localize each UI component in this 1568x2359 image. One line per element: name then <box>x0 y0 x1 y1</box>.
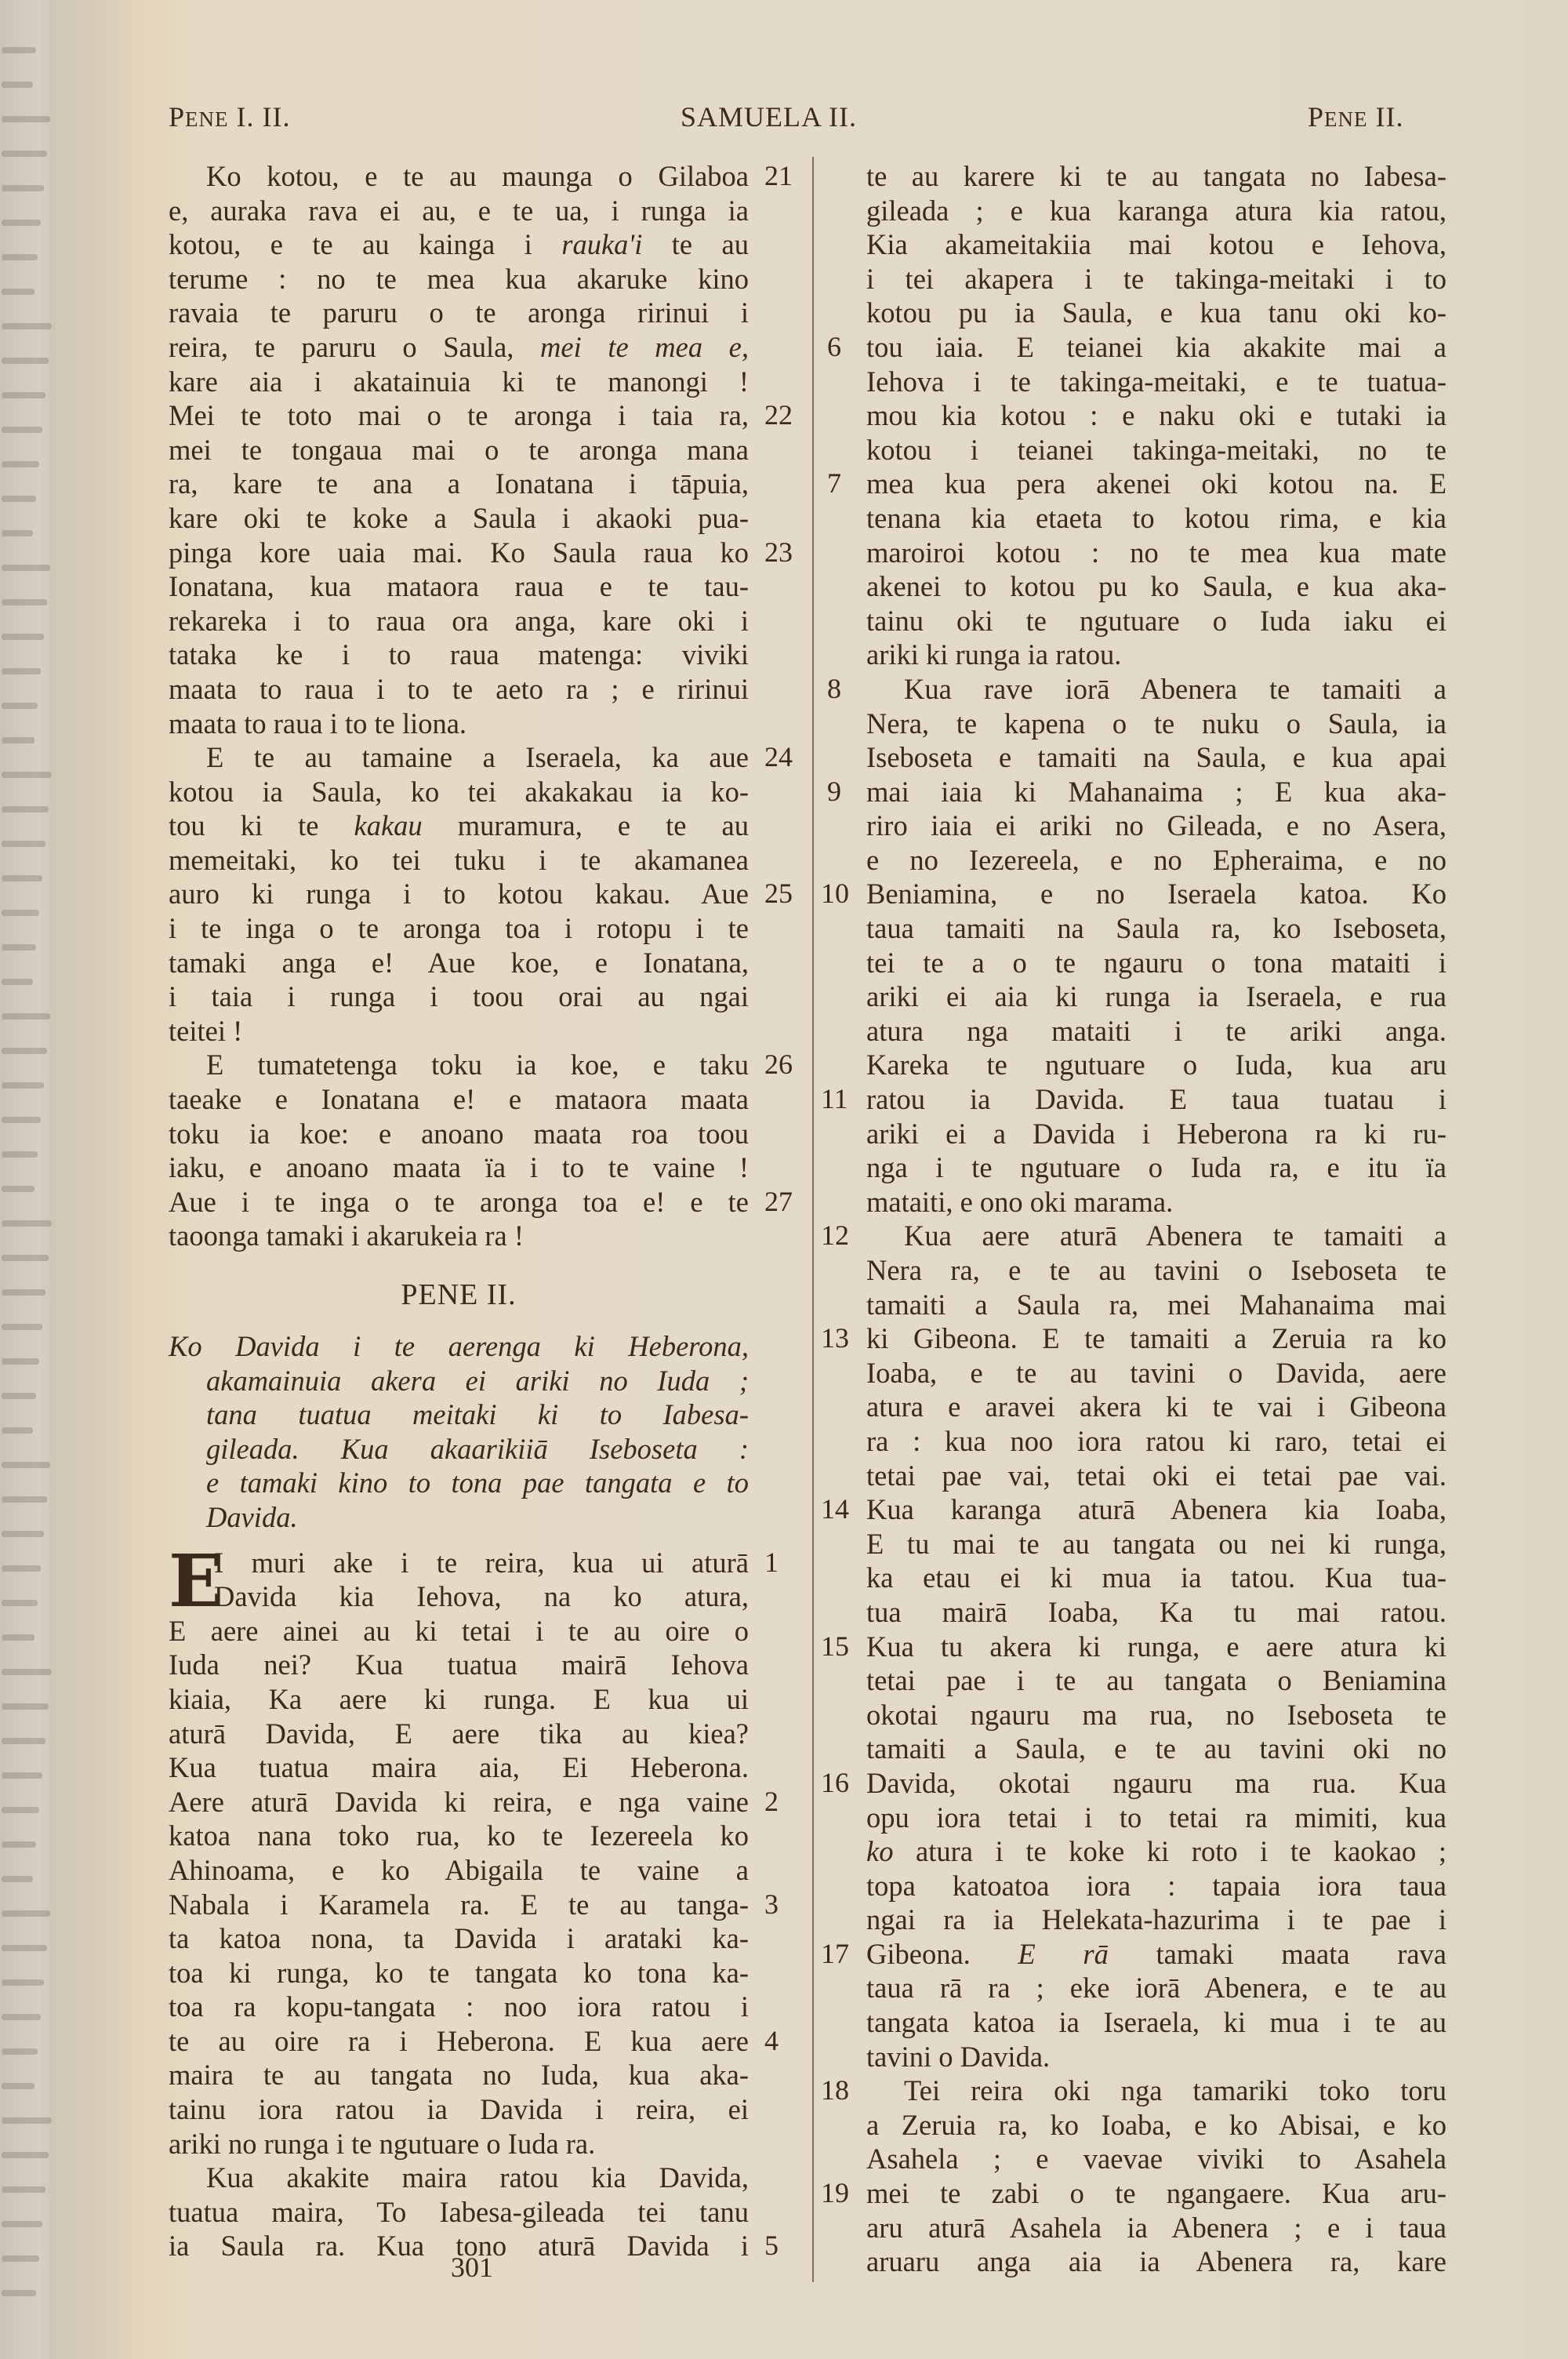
ghost-text-line <box>2 151 47 157</box>
text-line: mou kia kotou : e naku oki e tutaki ia <box>866 398 1446 433</box>
text-line: maira te au tangata no Iuda, kua aka- <box>169 2058 749 2092</box>
text-line: a Zeruia ra, ko Ioaba, e ko Abisai, e ko <box>866 2108 1446 2143</box>
line-text: ratou ia Davida. E taua tuatau i <box>866 1083 1446 1115</box>
text-line: toa ra kopu-tangata : noo iora ratou i <box>169 1990 749 2024</box>
ghost-text-line <box>2 944 36 951</box>
text-line: Ko kotou, e te au maunga o Gilaboa21 <box>169 159 749 194</box>
page-number: 301 <box>451 2251 493 2284</box>
line-text: i tei akapera i te takinga-meitaki i to <box>866 263 1446 295</box>
line-text: kiaia, Ka aere ki runga. E kua ui <box>169 1683 749 1715</box>
line-text: tenana kia etaeta to kotou rima, e kia <box>866 502 1446 534</box>
verse-number: 25 <box>764 877 793 911</box>
text-line: iaku, e anoano maata ïa i to te vaine ! <box>169 1150 749 1185</box>
text-line: pinga kore uaia mai. Ko Saula raua ko23 <box>169 536 749 570</box>
ghost-text-line <box>2 82 33 88</box>
line-text: taua rā ra ; eke iorā Abenera, e te au <box>866 1972 1446 2004</box>
line-text: mai iaia ki Mahanaima ; E kua aka- <box>866 776 1446 808</box>
ghost-text-line <box>2 1531 44 1537</box>
text-line: atura e aravei akera ki te vai i Gibeona <box>866 1390 1446 1424</box>
line-text: tetai pae vai, tetai oki ei tetai pae va… <box>866 1459 1446 1492</box>
text-line: taua tamaiti na Saula ra, ko Iseboseta, <box>866 911 1446 946</box>
chapter-summary: Ko Davida i te aerenga ki Heberona,akama… <box>169 1329 749 1535</box>
ghost-text-line <box>2 530 33 536</box>
ghost-text-line <box>2 1945 47 1951</box>
text-line: kotou i teianei takinga-meitaki, no te <box>866 433 1446 467</box>
line-text: Asahela ; e vaevae viviki to Asahela <box>866 2143 1446 2175</box>
text-line: E aere ainei au ki tetai i te au oire o <box>169 1614 749 1648</box>
verse-number: 9 <box>827 775 841 809</box>
text-line: topa katoatoa iora : tapaia iora taua <box>866 1869 1446 1903</box>
text-line: ko atura i te koke ki roto i te kaokao ; <box>866 1834 1446 1869</box>
text-line: Kua tu akera ki runga, e aere atura ki15 <box>866 1630 1446 1664</box>
ghost-text-line <box>2 2014 41 2020</box>
ghost-text-line <box>2 1876 33 1882</box>
text-line: maroiroi kotou : no te mea kua mate <box>866 536 1446 570</box>
verse-number: 22 <box>764 398 793 433</box>
line-text: maata to raua i to te liona. <box>169 707 466 740</box>
line-text: ravaia te paruru o te aronga ririnui i <box>169 296 749 329</box>
line-text: topa katoatoa iora : tapaia iora taua <box>866 1870 1446 1902</box>
text-line: Aue i te inga o te aronga toa e! e te27 <box>169 1185 749 1219</box>
line-text: Kua aere aturā Abenera te tamaiti a <box>904 1219 1446 1252</box>
text-line: Kia akameitakiia mai kotou e Iehova, <box>866 227 1446 262</box>
text-line: ariki ei a Davida i Heberona ra ki ru- <box>866 1117 1446 1151</box>
line-text: maira te au tangata no Iuda, kua aka- <box>169 2059 749 2091</box>
text-line: taoonga tamaki i akarukeia ra ! <box>169 1219 749 1253</box>
text-line: i tei akapera i te takinga-meitaki i to <box>866 262 1446 296</box>
text-line: tenana kia etaeta to kotou rima, e kia <box>866 501 1446 536</box>
line-text: ariki ei a Davida i Heberona ra ki ru- <box>866 1118 1446 1150</box>
text-line: mai iaia ki Mahanaima ; E kua aka-9 <box>866 775 1446 809</box>
left-column: Ko kotou, e te au maunga o Gilaboa21e, a… <box>169 159 749 2263</box>
summary-line: tana tuatua meitaki ki to Iabesa- <box>169 1398 749 1432</box>
line-text: mei te zabi o te ngangaere. Kua aru- <box>866 2177 1446 2209</box>
line-text: Beniamina, e no Iseraela katoa. Ko <box>866 878 1446 910</box>
text-line: tetai pae i te au tangata o Beniamina <box>866 1663 1446 1698</box>
text-line: ariki ei aia ki runga ia Iseraela, e rua <box>866 980 1446 1014</box>
text-line: Tei reira oki nga tamariki toko toru18 <box>866 2074 1446 2108</box>
text-line: nga i te ngutuare o Iuda ra, e itu ïa <box>866 1150 1446 1185</box>
verse-number: 2 <box>764 1785 779 1819</box>
text-line: tua mairā Ioaba, Ka tu mai ratou. <box>866 1595 1446 1630</box>
ghost-text-line <box>2 806 49 812</box>
ghost-text-line <box>2 1255 49 1261</box>
facing-page-edge <box>0 0 55 2359</box>
verse-number: 19 <box>821 2176 849 2211</box>
line-text: nga i te ngutuare o Iuda ra, e itu ïa <box>866 1151 1446 1183</box>
line-text: Nera ra, e te au tavini o Iseboseta te <box>866 1254 1446 1286</box>
line-text: Kua tu akera ki runga, e aere atura ki <box>866 1630 1446 1663</box>
line-text: a Zeruia ra, ko Ioaba, e ko Abisai, e ko <box>866 2109 1446 2141</box>
line-text: kotou ia Saula, ko tei akakakau ia ko- <box>169 776 749 808</box>
text-line: ta katoa nona, ta Davida i arataki ka- <box>169 1921 749 1956</box>
verse-number: 3 <box>764 1888 779 1922</box>
ghost-text-line <box>2 1082 44 1089</box>
line-text: tua mairā Ioaba, Ka tu mai ratou. <box>866 1596 1446 1628</box>
line-text: E aere ainei au ki tetai i te au oire o <box>169 1615 749 1647</box>
verse-number: 5 <box>764 2229 779 2263</box>
line-text: mei te tongaua mai o te aronga mana <box>169 434 749 466</box>
text-line: taua rā ra ; eke iorā Abenera, e te au <box>866 1971 1446 2005</box>
text-line: Iehova i te takinga-meitaki, e te tuatua… <box>866 365 1446 399</box>
ghost-text-line <box>2 1013 50 1020</box>
verse-number: 24 <box>764 740 793 775</box>
line-text: ko atura i te koke ki roto i te kaokao ; <box>866 1835 1446 1867</box>
line-text: ariki ki runga ia ratou. <box>866 638 1121 671</box>
ghost-text-line <box>2 323 52 329</box>
text-line: Ionatana, kua mataora raua e te tau- <box>169 569 749 604</box>
line-text: Nera, te kapena o te nuku o Saula, ia <box>866 707 1446 740</box>
text-line: kotou, e te au kainga i rauka'i te au <box>169 227 749 262</box>
verse-number: 15 <box>821 1630 849 1664</box>
line-text: taeake e Ionatana e! e mataora maata <box>169 1083 749 1115</box>
line-text: Aue i te inga o te aronga toa e! e te <box>169 1186 749 1218</box>
ghost-text-line <box>2 668 41 674</box>
line-text: atura e aravei akera ki te vai i Gibeona <box>866 1390 1446 1423</box>
text-line: rekareka i to raua ora anga, kare oki i <box>169 604 749 638</box>
ghost-text-line <box>2 875 42 881</box>
ghost-text-line <box>2 599 47 605</box>
summary-line: Ko Davida i te aerenga ki Heberona, <box>169 1329 749 1364</box>
line-text: I muri ake i te reira, kua ui aturā <box>214 1547 749 1579</box>
line-text: tainu oki te ngutuare o Iuda iaku ei <box>866 605 1446 637</box>
ghost-text-line <box>2 2152 49 2158</box>
ghost-text-line <box>2 1807 39 1813</box>
line-text: taua tamaiti na Saula ra, ko Iseboseta, <box>866 912 1446 944</box>
line-text: tei te a o te ngauru o tona mataiti i <box>866 947 1446 979</box>
text-line: ka etau ei ki mua ia tatou. Kua tua- <box>866 1561 1446 1595</box>
verse-number: 7 <box>827 467 841 501</box>
ghost-text-line <box>2 2117 52 2124</box>
text-line: ariki ki runga ia ratou. <box>866 638 1446 672</box>
line-text: tataka ke i to raua matenga: viviki <box>169 638 749 671</box>
line-text: opu iora tetai i to tetai ra mimiti, kua <box>866 1801 1446 1834</box>
line-text: teitei ! <box>169 1015 242 1047</box>
ghost-text-line <box>2 358 49 364</box>
ghost-text-line <box>2 1462 50 1468</box>
text-line: tamaki anga e! Aue koe, e Ionatana, <box>169 946 749 980</box>
line-text: iaku, e anoano maata ïa i to te vaine ! <box>169 1151 749 1183</box>
line-text: Davida kia Iehova, na ko atura, <box>214 1580 749 1612</box>
line-text: ki Gibeona. E te tamaiti a Zeruia ra ko <box>866 1322 1446 1354</box>
verse-number: 18 <box>821 2074 849 2108</box>
line-text: i taia i runga i toou orai au ngai <box>169 980 749 1012</box>
text-line: ratou ia Davida. E taua tuatau i11 <box>866 1082 1446 1117</box>
text-line: ariki no runga i te ngutuare o Iuda ra. <box>169 2127 749 2161</box>
ghost-text-line <box>2 1703 49 1710</box>
ghost-text-line <box>2 1048 47 1054</box>
ghost-text-line <box>2 116 50 122</box>
text-line: tou iaia. E teianei kia akakite mai a6 <box>866 330 1446 365</box>
text-line: kare aia i akatainuia ki te manongi ! <box>169 365 749 399</box>
ghost-text-line <box>2 47 36 53</box>
text-line: Kareka te ngutuare o Iuda, kua aru <box>866 1048 1446 1082</box>
summary-line: e tamaki kino to tona pae tangata e to <box>169 1466 749 1500</box>
running-head-left: PENE I. II. <box>169 100 290 133</box>
ghost-text-line <box>2 1427 33 1434</box>
right-column: te au karere ki te au tangata no Iabesa-… <box>866 159 1446 2279</box>
text-line: atura nga mataiti i te ariki anga. <box>866 1014 1446 1049</box>
line-text: Ko kotou, e te au maunga o Gilaboa <box>206 160 749 192</box>
text-line: mea kua pera akenei oki kotou na. E7 <box>866 467 1446 501</box>
verse-number: 17 <box>821 1937 849 1972</box>
text-line: Nera, te kapena o te nuku o Saula, ia <box>866 707 1446 741</box>
column-divider <box>812 157 814 2282</box>
line-text: pinga kore uaia mai. Ko Saula raua ko <box>169 536 749 569</box>
text-line: opu iora tetai i to tetai ra mimiti, kua <box>866 1801 1446 1835</box>
line-text: kare oki te koke a Saula i akaoki pua- <box>169 502 749 534</box>
line-text: Ioaba, e te au tavini o Davida, aere <box>866 1357 1446 1389</box>
verse-number: 10 <box>821 877 849 911</box>
line-text: maata to raua i to te aeto ra ; e ririnu… <box>169 673 749 705</box>
line-text: mataiti, e ono oki marama. <box>866 1186 1173 1218</box>
ghost-text-line <box>2 737 34 743</box>
text-line: tuatua maira, To Iabesa-gileada tei tanu <box>169 2195 749 2230</box>
text-line: E tu mai te au tangata ou nei ki runga, <box>866 1527 1446 1561</box>
line-text: tou ki te kakau muramura, e te au <box>169 809 749 841</box>
text-line: Iseboseta e tamaiti na Saula, e kua apai <box>866 740 1446 775</box>
line-text: Tei reira oki nga tamariki toko toru <box>904 2074 1446 2106</box>
ghost-text-line <box>2 910 39 916</box>
line-text: tetai pae i te au tangata o Beniamina <box>866 1664 1446 1696</box>
text-line: aruaru anga aia ia Abenera ra, kare <box>866 2245 1446 2279</box>
text-line: Gibeona. E rā tamaki maata rava17 <box>866 1937 1446 1972</box>
ghost-text-line <box>2 1669 52 1675</box>
text-line: Iuda nei? Kua tuatua mairā Iehova <box>169 1648 749 1682</box>
text-line: aru aturā Asahela ia Abenera ; e i taua <box>866 2211 1446 2245</box>
text-line: E tumatetenga toku ia koe, e taku26 <box>169 1048 749 1082</box>
line-text: ra, kare te ana a Ionatana i tāpuia, <box>169 467 749 500</box>
text-line: Ahinoama, e ko Abigaila te vaine a <box>169 1853 749 1888</box>
chapter-1-ending: Ko kotou, e te au maunga o Gilaboa21e, a… <box>169 159 749 1253</box>
line-text: riro iaia ei ariki no Gileada, e no Aser… <box>866 809 1446 841</box>
line-text: E tu mai te au tangata ou nei ki runga, <box>866 1528 1446 1560</box>
line-text: toa ki runga, ko te tangata ko tona ka- <box>169 1957 749 1989</box>
text-line: i te inga o te aronga toa i rotopu i te <box>169 911 749 946</box>
running-head-book-title: SAMUELA II. <box>681 100 857 133</box>
text-line: ra : kua noo iora ratou ki raro, tetai e… <box>866 1424 1446 1459</box>
text-line: ngai ra ia Helekata-hazurima i te pae i <box>866 1903 1446 1937</box>
line-text: Iseboseta e tamaiti na Saula, e kua apai <box>866 741 1446 773</box>
line-text: ta katoa nona, ta Davida i arataki ka- <box>169 1922 749 1954</box>
text-line: kiaia, Ka aere ki runga. E kua ui <box>169 1682 749 1717</box>
line-text: tou iaia. E teianei kia akakite mai a <box>866 331 1446 363</box>
line-text: Ahinoama, e ko Abigaila te vaine a <box>169 1854 749 1886</box>
line-text: kare aia i akatainuia ki te manongi ! <box>169 365 749 398</box>
text-line: maata to raua i to te aeto ra ; e ririnu… <box>169 672 749 707</box>
line-text: katoa nana toko rua, ko te Iezereela ko <box>169 1819 749 1852</box>
text-line: tainu iora ratou ia Davida i reira, ei <box>169 2092 749 2127</box>
ghost-text-line <box>2 2083 34 2089</box>
text-line: auro ki runga i to kotou kakau. Aue25 <box>169 877 749 911</box>
ghost-text-line <box>2 1393 36 1399</box>
verse-number: 11 <box>821 1082 848 1117</box>
text-line: Asahela ; e vaevae viviki to Asahela <box>866 2142 1446 2176</box>
ghost-text-line <box>2 2290 36 2296</box>
text-line: mei te zabi o te ngangaere. Kua aru-19 <box>866 2176 1446 2211</box>
text-line: Kua akakite maira ratou kia Davida, <box>169 2161 749 2195</box>
line-text: maroiroi kotou : no te mea kua mate <box>866 536 1446 569</box>
text-line: ki Gibeona. E te tamaiti a Zeruia ra ko1… <box>866 1321 1446 1356</box>
line-text: tuatua maira, To Iabesa-gileada tei tanu <box>169 2196 749 2228</box>
line-text: Kua tuatua maira aia, Ei Heberona. <box>169 1751 749 1783</box>
line-text: gileada ; e kua karanga atura kia ratou, <box>866 194 1446 227</box>
text-line: gileada ; e kua karanga atura kia ratou, <box>866 194 1446 228</box>
text-line: maata to raua i to te liona. <box>169 707 749 741</box>
line-text: e, auraka rava ei au, e te ua, i runga i… <box>169 194 749 227</box>
text-line: reira, te paruru o Saula, mei te mea e, <box>169 330 749 365</box>
text-line: i taia i runga i toou orai au ngai <box>169 980 749 1014</box>
line-text: Mei te toto mai o te aronga i taia ra, <box>169 399 749 431</box>
ghost-text-line <box>2 772 52 778</box>
text-line: Kua rave iorā Abenera te tamaiti a8 <box>866 672 1446 707</box>
text-line: tainu oki te ngutuare o Iuda iaku ei <box>866 604 1446 638</box>
text-line: tei te a o te ngauru o tona mataiti i <box>866 946 1446 980</box>
line-text: mou kia kotou : e naku oki e tutaki ia <box>866 399 1446 431</box>
line-text: te au oire ra i Heberona. E kua aere <box>169 2025 749 2057</box>
ghost-text-line <box>2 1738 45 1744</box>
line-text: akenei to kotou pu ko Saula, e kua aka- <box>866 570 1446 602</box>
text-line: memeitaki, ko tei tuku i te akamanea <box>169 843 749 878</box>
text-line: terume : no te mea kua akaruke kino <box>169 262 749 296</box>
verse-number: 8 <box>827 672 841 707</box>
text-line: kotou ia Saula, ko tei akakakau ia ko- <box>169 775 749 809</box>
ghost-text-line <box>2 565 50 571</box>
line-text: tainu iora ratou ia Davida i reira, ei <box>169 2093 749 2125</box>
text-line: Davida, okotai ngauru ma rua. Kua16 <box>866 1766 1446 1801</box>
ghost-text-line <box>2 2221 42 2227</box>
text-line: katoa nana toko rua, ko te Iezereela ko <box>169 1819 749 1853</box>
ghost-text-line <box>2 703 38 709</box>
ghost-text-line <box>2 1496 47 1503</box>
ghost-text-line <box>2 1841 36 1848</box>
line-text: toku ia koe: e anoano maata roa toou <box>169 1118 749 1150</box>
line-text: E tumatetenga toku ia koe, e taku <box>206 1049 749 1081</box>
ghost-text-line <box>2 1220 52 1227</box>
line-text: Iuda nei? Kua tuatua mairā Iehova <box>169 1648 749 1681</box>
verse-number: 21 <box>764 159 793 194</box>
line-text: Kareka te ngutuare o Iuda, kua aru <box>866 1049 1446 1081</box>
line-text: aru aturā Asahela ia Abenera ; e i taua <box>866 2212 1446 2244</box>
ghost-text-line <box>2 979 33 985</box>
line-text: taoonga tamaki i akarukeia ra ! <box>169 1219 524 1252</box>
ghost-text-line <box>2 1910 50 1917</box>
text-line: mataiti, e ono oki marama. <box>866 1185 1446 1219</box>
verse-number: 4 <box>764 2024 779 2059</box>
text-line: mei te tongaua mai o te aronga mana <box>169 433 749 467</box>
text-line: tou ki te kakau muramura, e te au <box>169 809 749 843</box>
line-text: e no Iezereela, e no Epheraima, e no <box>866 844 1446 876</box>
line-text: okotai ngauru ma rua, no Iseboseta te <box>866 1699 1446 1731</box>
ghost-text-line <box>2 1324 42 1330</box>
text-line: kotou pu ia Saula, e kua tanu oki ko- <box>866 296 1446 330</box>
text-line: Kua karanga aturā Abenera kia Ioaba,14 <box>866 1492 1446 1527</box>
line-text: kotou, e te au kainga i rauka'i te au <box>169 228 749 260</box>
summary-line: gileada. Kua akaarikiiā Iseboseta : <box>169 1432 749 1467</box>
line-text: Ionatana, kua mataora raua e te tau- <box>169 570 749 602</box>
line-text: Aere aturā Davida ki reira, e nga vaine <box>169 1786 749 1818</box>
text-line: te au oire ra i Heberona. E kua aere4 <box>169 2024 749 2059</box>
ghost-text-line <box>2 392 45 398</box>
text-line: riro iaia ei ariki no Gileada, e no Aser… <box>866 809 1446 843</box>
text-line: toa ki runga, ko te tangata ko tona ka- <box>169 1956 749 1990</box>
line-text: tamaiti a Saula, e te au tavini oki no <box>866 1732 1446 1765</box>
ghost-text-line <box>2 1634 34 1641</box>
text-line: taeake e Ionatana e! e mataora maata <box>169 1082 749 1117</box>
verse-number: 26 <box>764 1048 793 1082</box>
line-text: Davida, okotai ngauru ma rua. Kua <box>866 1767 1446 1799</box>
summary-line: akamainuia akera ei ariki no Iuda ; <box>169 1364 749 1398</box>
ghost-text-line <box>2 427 42 433</box>
line-text: aruaru anga aia ia Abenera ra, kare <box>866 2245 1446 2277</box>
line-text: atura nga mataiti i te ariki anga. <box>866 1015 1446 1047</box>
text-line: teitei ! <box>169 1014 749 1049</box>
text-line: kare oki te koke a Saula i akaoki pua- <box>169 501 749 536</box>
ghost-text-line <box>2 1186 34 1192</box>
text-line: Aere aturā Davida ki reira, e nga vaine2 <box>169 1785 749 1819</box>
text-line: I muri ake i te reira, kua ui aturā1 <box>169 1546 749 1580</box>
line-text: Kua karanga aturā Abenera kia Ioaba, <box>866 1493 1446 1525</box>
line-text: Kia akameitakiia mai kotou e Iehova, <box>866 228 1446 260</box>
verse-number: 13 <box>821 1321 849 1356</box>
text-line: Beniamina, e no Iseraela katoa. Ko10 <box>866 877 1446 911</box>
ghost-text-line <box>2 1772 42 1779</box>
line-text: tavini o Davida. <box>866 2041 1050 2073</box>
ghost-text-line <box>2 2186 45 2193</box>
verse-number: 1 <box>764 1546 779 1580</box>
text-line: Nabala i Karamela ra. E te au tanga-3 <box>169 1888 749 1922</box>
ghost-text-line <box>2 2255 39 2262</box>
line-text: toa ra kopu-tangata : noo iora ratou i <box>169 1990 749 2023</box>
ghost-text-line <box>2 220 41 226</box>
line-text: rekareka i to raua ora anga, kare oki i <box>169 605 749 637</box>
text-line: e no Iezereela, e no Epheraima, e no <box>866 843 1446 878</box>
text-line: tangata katoa ia Iseraela, ki mua i te a… <box>866 2005 1446 2040</box>
text-line: Mei te toto mai o te aronga i taia ra,22 <box>169 398 749 433</box>
text-line: akenei to kotou pu ko Saula, e kua aka- <box>866 569 1446 604</box>
ghost-text-line <box>2 841 45 847</box>
verse-number: 12 <box>821 1219 849 1253</box>
line-text: aturā Davida, E aere tika au kiea? <box>169 1717 749 1750</box>
text-line: te au karere ki te au tangata no Iabesa- <box>866 159 1446 194</box>
text-line: ravaia te paruru o te aronga ririnui i <box>169 296 749 330</box>
ghost-text-line <box>2 1979 44 1986</box>
line-text: ra : kua noo iora ratou ki raro, tetai e… <box>866 1425 1446 1457</box>
ghost-text-line <box>2 1600 38 1606</box>
text-line: e, auraka rava ei au, e te ua, i runga i… <box>169 194 749 228</box>
line-text: Iehova i te takinga-meitaki, e te tuatua… <box>866 365 1446 398</box>
line-text: Kua akakite maira ratou kia Davida, <box>206 2161 749 2194</box>
text-line: okotai ngauru ma rua, no Iseboseta te <box>866 1698 1446 1732</box>
text-line: Nera ra, e te au tavini o Iseboseta te <box>866 1253 1446 1288</box>
text-line: E te au tamaine a Iseraela, ka aue24 <box>169 740 749 775</box>
verse-number: 23 <box>764 536 793 570</box>
line-text: ariki ei aia ki runga ia Iseraela, e rua <box>866 980 1446 1012</box>
verse-number: 14 <box>821 1492 849 1527</box>
line-text: te au karere ki te au tangata no Iabesa- <box>866 160 1446 192</box>
text-line: Ioaba, e te au tavini o Davida, aere <box>866 1356 1446 1390</box>
line-text: i te inga o te aronga toa i rotopu i te <box>169 912 749 944</box>
line-text: tamaiti a Saula ra, mei Mahanaima mai <box>866 1289 1446 1321</box>
verse-number: 16 <box>821 1766 849 1801</box>
line-text: Nabala i Karamela ra. E te au tanga- <box>169 1888 749 1921</box>
line-text: tangata katoa ia Iseraela, ki mua i te a… <box>866 2006 1446 2038</box>
line-text: memeitaki, ko tei tuku i te akamanea <box>169 844 749 876</box>
ghost-text-line <box>2 1358 39 1365</box>
line-text: Gibeona. E rā tamaki maata rava <box>866 1938 1446 1970</box>
text-line: tavini o Davida. <box>866 2040 1446 2074</box>
line-text: kotou pu ia Saula, e kua tanu oki ko- <box>866 296 1446 329</box>
